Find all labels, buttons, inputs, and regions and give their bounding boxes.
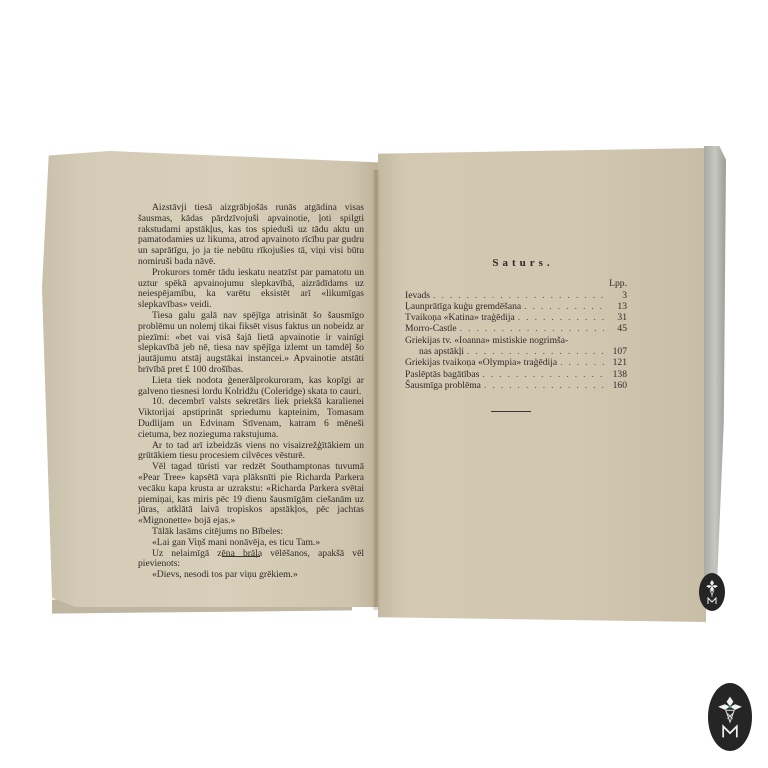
watermark-logo-large [708,683,752,751]
leader-dots: .................................. [560,357,604,368]
paragraph: Lieta tiek nodota ģenerālprokuroram, kas… [138,376,364,398]
leader-dots: .................................. [484,380,604,391]
bible-quote: «Lai gan Viņš mani nonāvēja, es ticu Tam… [138,538,364,549]
paragraph: Aizstāvji tiesā aizgrābjošās runās atgād… [138,203,364,268]
toc-entry: Paslēptās bagātības ....................… [405,369,627,380]
right-page-edge-stack [704,146,726,606]
toc-entry: Tvaikoņa «Katina» traģēdija ............… [405,312,627,323]
leader-dots: .................................. [524,301,604,312]
toc-title: Saturs. [405,258,627,269]
leader-dots: .................................. [467,346,604,357]
toc-entry: Griekijas tv. «Ioanna» mistiskie nogrimš… [405,335,627,346]
toc-entry: Ievads .................................… [405,290,627,301]
paragraph: Vēl tagad tūristi var redzēt Southampton… [138,462,364,527]
leader-dots: .................................. [482,369,604,380]
closing-quote: «Dievs, nesodi tos par viņu grēkiem.» [138,570,364,581]
paragraph: Ar to tad arī izbeidzās viens no visaizr… [138,441,364,463]
toc-end-rule [491,411,531,412]
toc-entry: Griekijas tvaikoņa «Olympia» traģēdija .… [405,357,627,368]
ornament-m-logo-icon [702,577,722,607]
leader-dots: .................................. [518,312,604,323]
page-column-header: Lpp. [405,278,627,289]
left-page-text: Aizstāvji tiesā aizgrābjošās runās atgād… [138,203,364,581]
toc-entry: Morro-Castle ...........................… [405,323,627,334]
leader-dots: .................................. [433,290,604,301]
open-book: Aizstāvji tiesā aizgrābjošās runās atgād… [0,0,768,768]
paragraph: 10. decembrī valsts sekretārs liek priek… [138,397,364,440]
table-of-contents: Saturs. Lpp. Ievads ....................… [405,258,627,391]
toc-entry: Ļaunprātīga kuģu gremdēšana ............… [405,301,627,312]
ornament-m-logo-icon [713,690,747,744]
paragraph: Uz nelaimīgā zēna brāļa vēlēšanos, apakš… [138,549,364,571]
leader-dots: .................................. [460,323,604,334]
book-gutter [372,170,380,610]
watermark-logo-small [699,573,725,611]
toc-entry-continuation: nas apstākļi ...........................… [405,346,627,357]
end-rule [222,556,260,557]
paragraph: Prokurors tomēr tādu ieskatu neatzīst pa… [138,268,364,311]
toc-entry: Šausmīga problēma ......................… [405,380,627,391]
paragraph: Tiesa galu galā nav spējīga atrisināt šo… [138,311,364,376]
